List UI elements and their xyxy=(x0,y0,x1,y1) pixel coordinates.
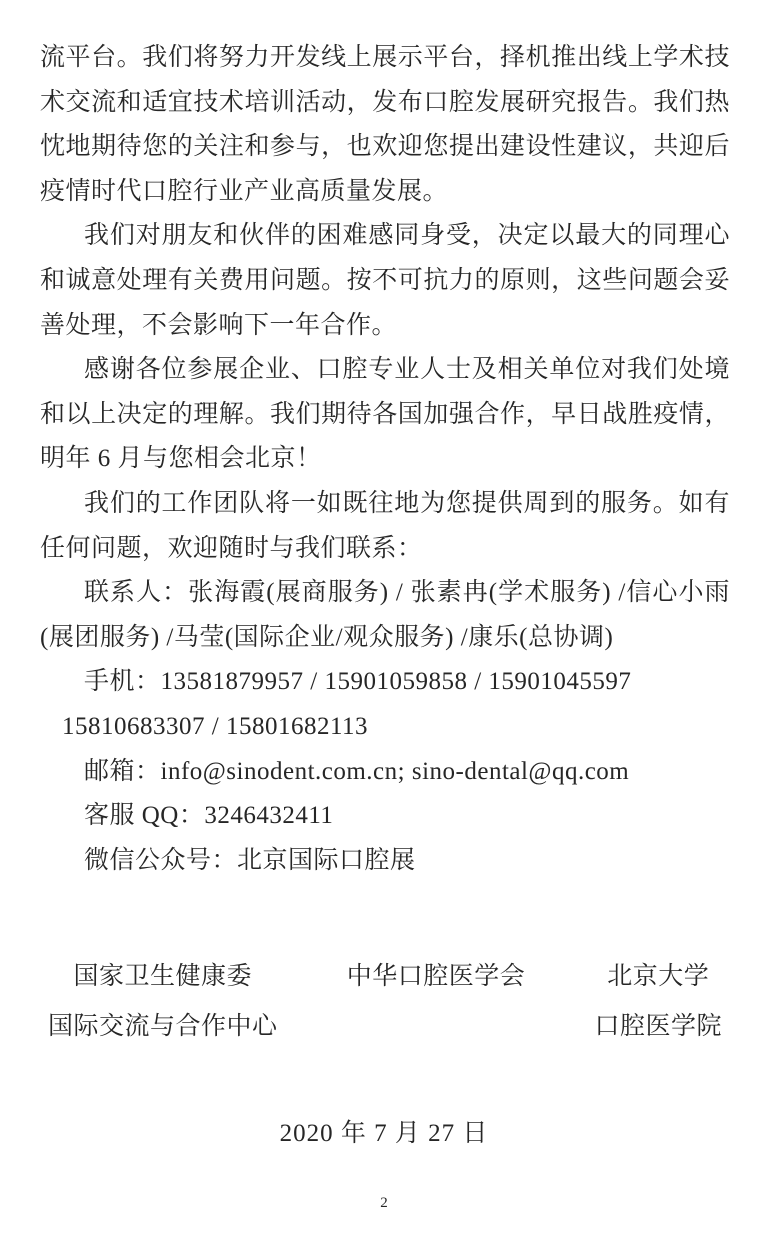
body-line: 明年 6 月与您相会北京！ xyxy=(40,437,730,482)
signatory-line: 中华口腔医学会 xyxy=(347,952,526,1002)
body-line: 和诚意处理有关费用问题。按不可抗力的原则，这些问题会妥 xyxy=(40,259,730,304)
body-line: 任何问题，欢迎随时与我们联系： xyxy=(40,527,730,572)
body-line: 流平台。我们将努力开发线上展示平台，择机推出线上学术技 xyxy=(40,36,730,81)
letter-body: 流平台。我们将努力开发线上展示平台，择机推出线上学术技术交流和适宜技术培训活动，… xyxy=(40,36,730,883)
page-number: 2 xyxy=(0,1194,768,1212)
body-line: 我们的工作团队将一如既往地为您提供周到的服务。如有 xyxy=(40,482,730,527)
signatory-line: 国际交流与合作中心 xyxy=(48,1002,278,1052)
signatory-line: 北京大学 xyxy=(594,952,722,1002)
signatory-block: 国家卫生健康委国际交流与合作中心中华口腔医学会北京大学口腔医学院 xyxy=(0,952,768,1052)
document-page: 流平台。我们将努力开发线上展示平台，择机推出线上学术技术交流和适宜技术培训活动，… xyxy=(0,0,768,1245)
body-line: 和以上决定的理解。我们期待各国加强合作，早日战胜疫情， xyxy=(40,393,730,438)
body-line: 忱地期待您的关注和参与，也欢迎您提出建设性建议，共迎后 xyxy=(40,125,730,170)
signatory-line: 国家卫生健康委 xyxy=(48,952,278,1002)
body-line: 感谢各位参展企业、口腔专业人士及相关单位对我们处境 xyxy=(40,348,730,393)
date-line: 2020 年 7 月 27 日 xyxy=(0,1118,768,1150)
signatory-column: 中华口腔医学会 xyxy=(347,952,526,1002)
signatory-line: 口腔医学院 xyxy=(594,1002,722,1052)
body-line: 邮箱：info@sinodent.com.cn; sino-dental@qq.… xyxy=(40,750,730,795)
body-line: 联系人：张海霞(展商服务) / 张素冉(学术服务) /信心小雨 xyxy=(40,571,730,616)
body-line: 术交流和适宜技术培训活动，发布口腔发展研究报告。我们热 xyxy=(40,81,730,126)
body-line: 手机：13581879957 / 15901059858 / 159010455… xyxy=(40,660,730,705)
body-line: 我们对朋友和伙伴的困难感同身受，决定以最大的同理心 xyxy=(40,214,730,259)
body-line: 15810683307 / 15801682113 xyxy=(40,705,730,750)
body-line: 善处理，不会影响下一年合作。 xyxy=(40,304,730,349)
body-line: 微信公众号：北京国际口腔展 xyxy=(40,839,730,884)
signatory-column: 北京大学口腔医学院 xyxy=(594,952,722,1052)
signatory-column: 国家卫生健康委国际交流与合作中心 xyxy=(48,952,278,1052)
body-line: 客服 QQ：3246432411 xyxy=(40,794,730,839)
body-line: (展团服务) /马莹(国际企业/观众服务) /康乐(总协调) xyxy=(40,616,730,661)
body-line: 疫情时代口腔行业产业高质量发展。 xyxy=(40,170,730,215)
